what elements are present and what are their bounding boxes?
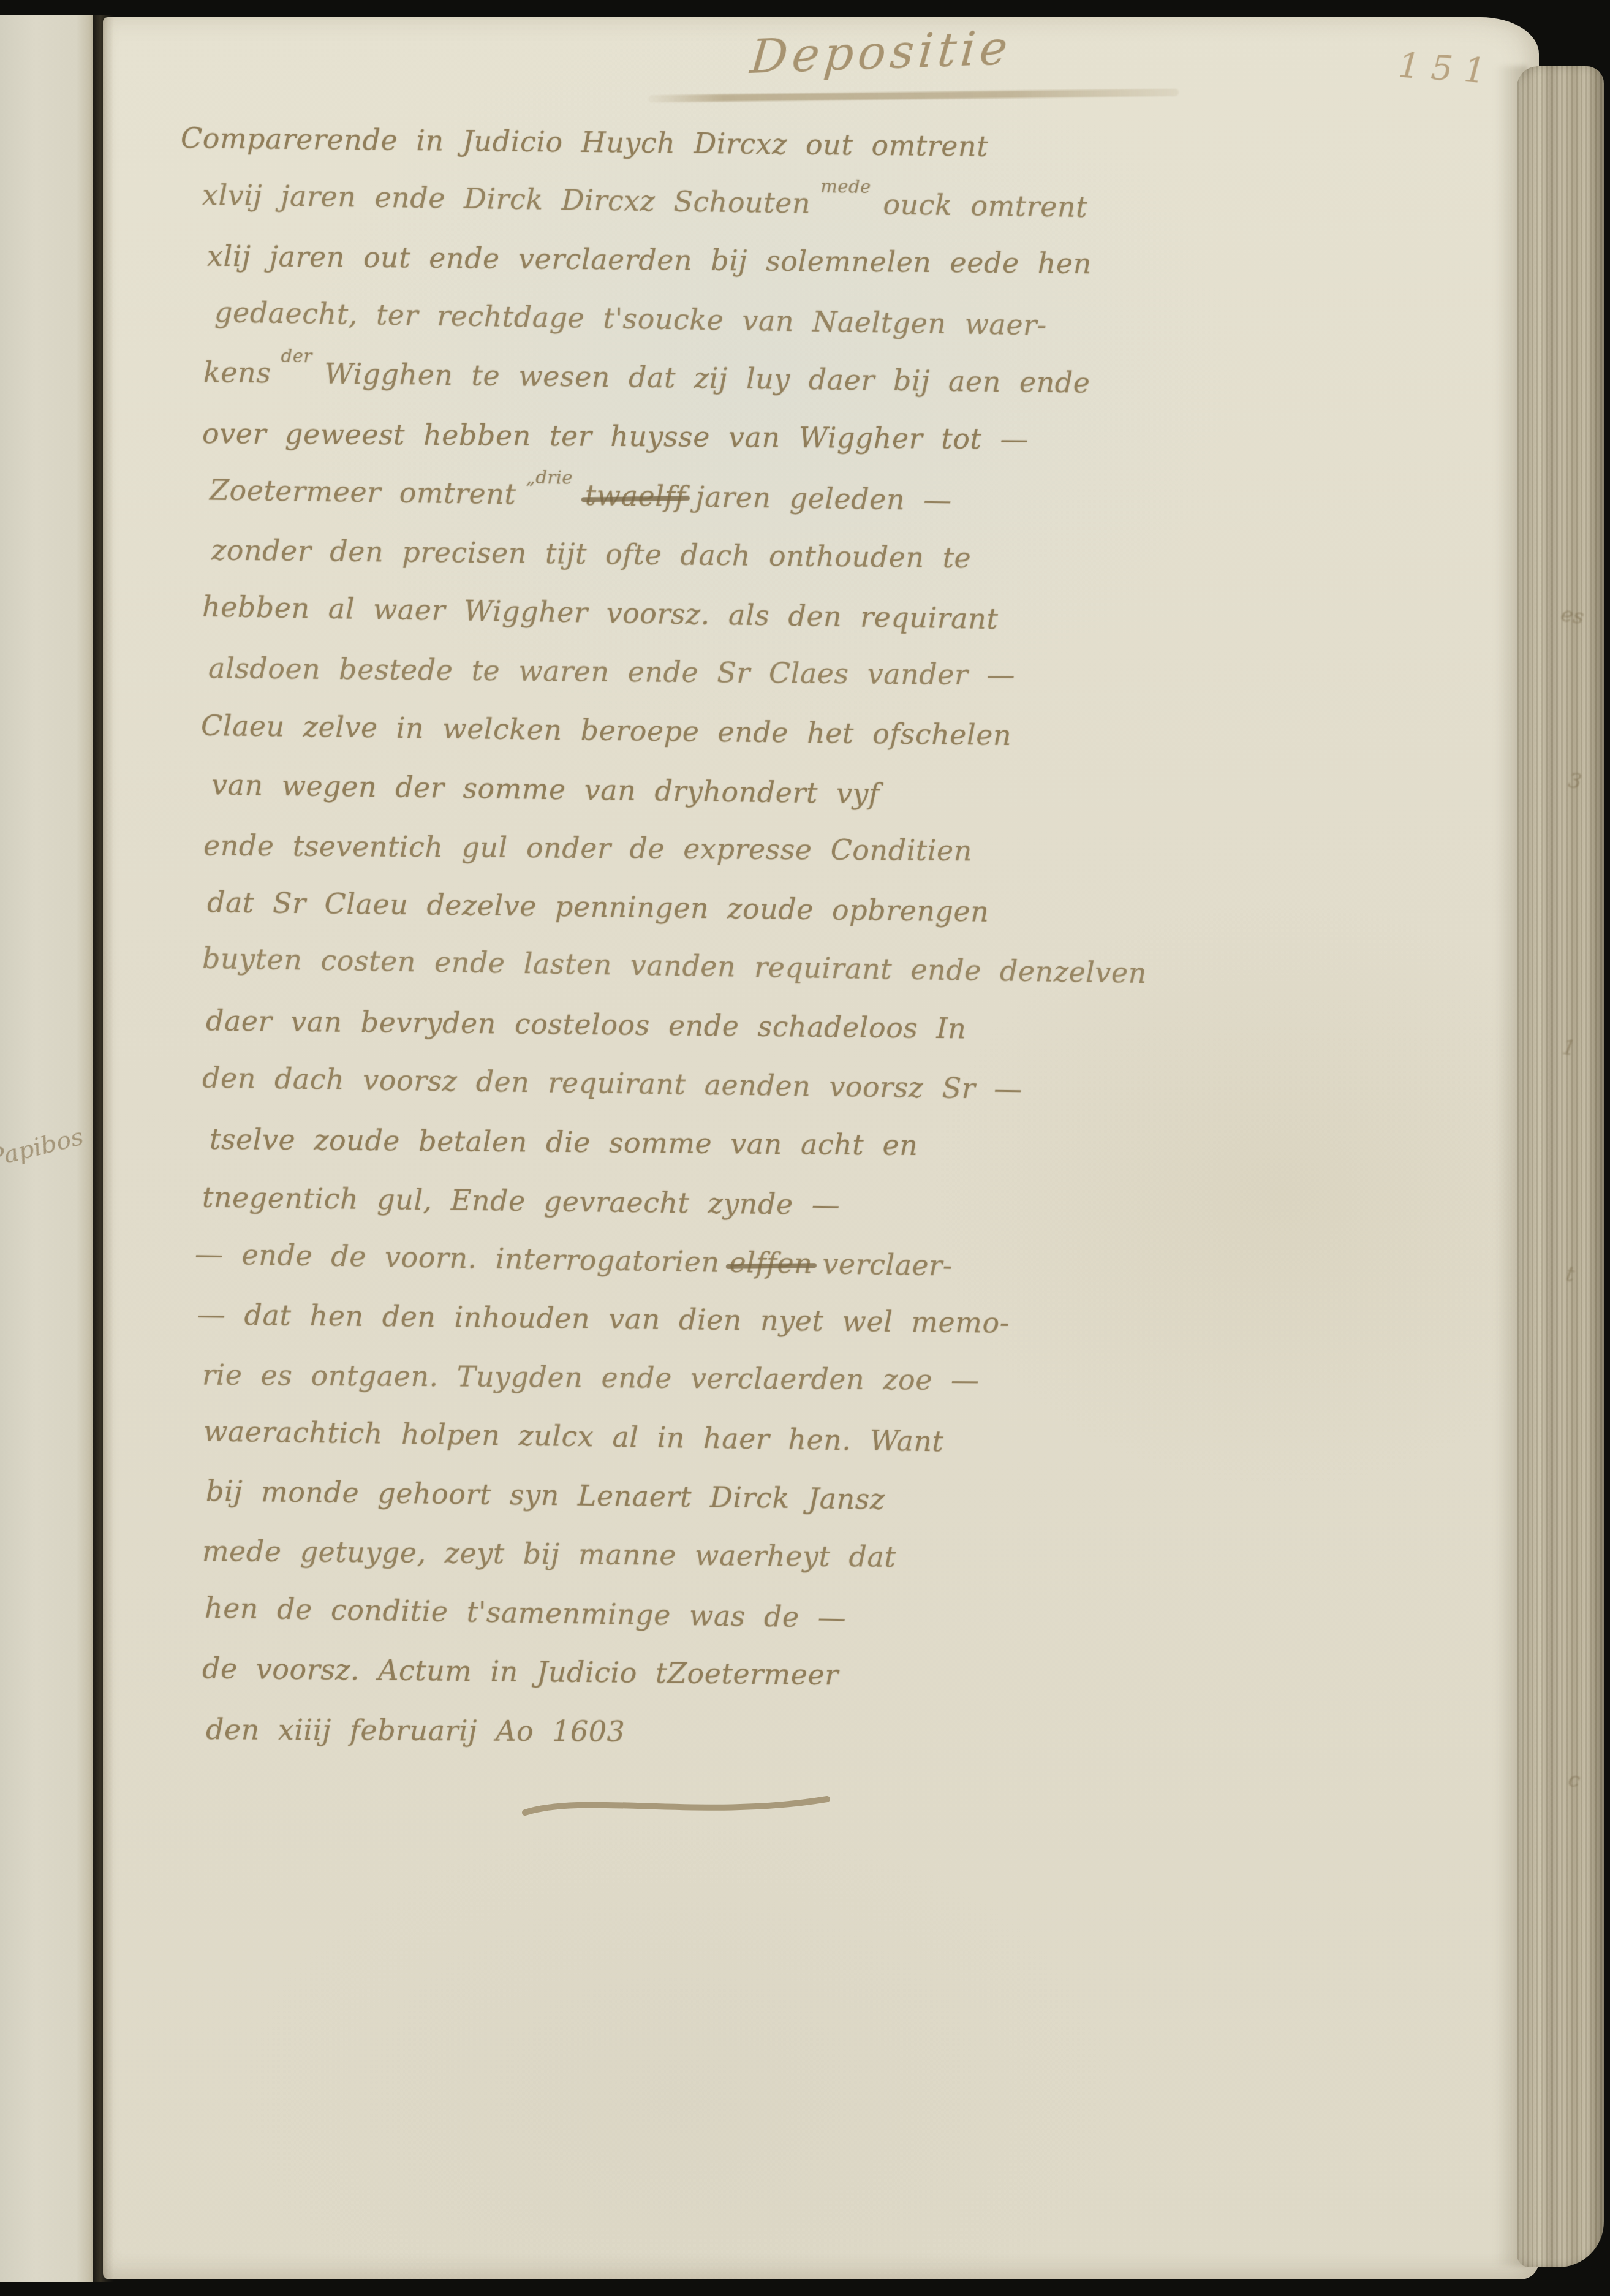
book-fore-edge <box>1517 66 1604 2267</box>
struck-through-word: twaelff <box>584 479 686 513</box>
line-text: Zoetermeer omtrent <box>210 474 516 511</box>
interlinear-insertion: mede <box>820 176 871 197</box>
line-text: kens <box>203 355 271 389</box>
line-text: jaren geleden — <box>695 480 952 517</box>
fore-edge-ink-mark: es <box>1559 602 1585 629</box>
manuscript-line: ende tseventich gul onder de expresse Co… <box>203 829 972 868</box>
line-text: verclaer- <box>822 1247 953 1282</box>
struck-through-word: elffen <box>729 1246 813 1280</box>
page-heading: Depositie <box>748 20 1014 83</box>
gutter-crease <box>89 15 114 2282</box>
manuscript-line: alsdoen bestede te waren ende Sr Claes v… <box>208 651 1016 691</box>
manuscript-line: over geweest hebben ter huysse van Wiggh… <box>202 417 1029 455</box>
interlinear-insertion: „drie <box>526 467 573 488</box>
folio-number: 151 <box>1397 45 1498 92</box>
manuscript-line: de voorsz. Actum in Judicio tZoetermeer <box>202 1652 839 1692</box>
date-underline-flourish <box>518 1784 836 1827</box>
manuscript-scan: Depositie 151 Papibos Comparerende in Ju… <box>0 0 1610 2296</box>
manuscript-line: tselve zoude betalen die somme van acht … <box>210 1123 918 1162</box>
interlinear-insertion: der <box>281 346 313 367</box>
manuscript-line: mede getuyge, zeyt bij manne waerheyt da… <box>202 1534 896 1574</box>
line-text: ouck omtrent <box>883 188 1087 224</box>
manuscript-line: den xiiij februarij Ao 1603 <box>206 1713 625 1748</box>
manuscript-line: rie es ontgaen. Tuygden ende verclaerden… <box>202 1358 980 1397</box>
